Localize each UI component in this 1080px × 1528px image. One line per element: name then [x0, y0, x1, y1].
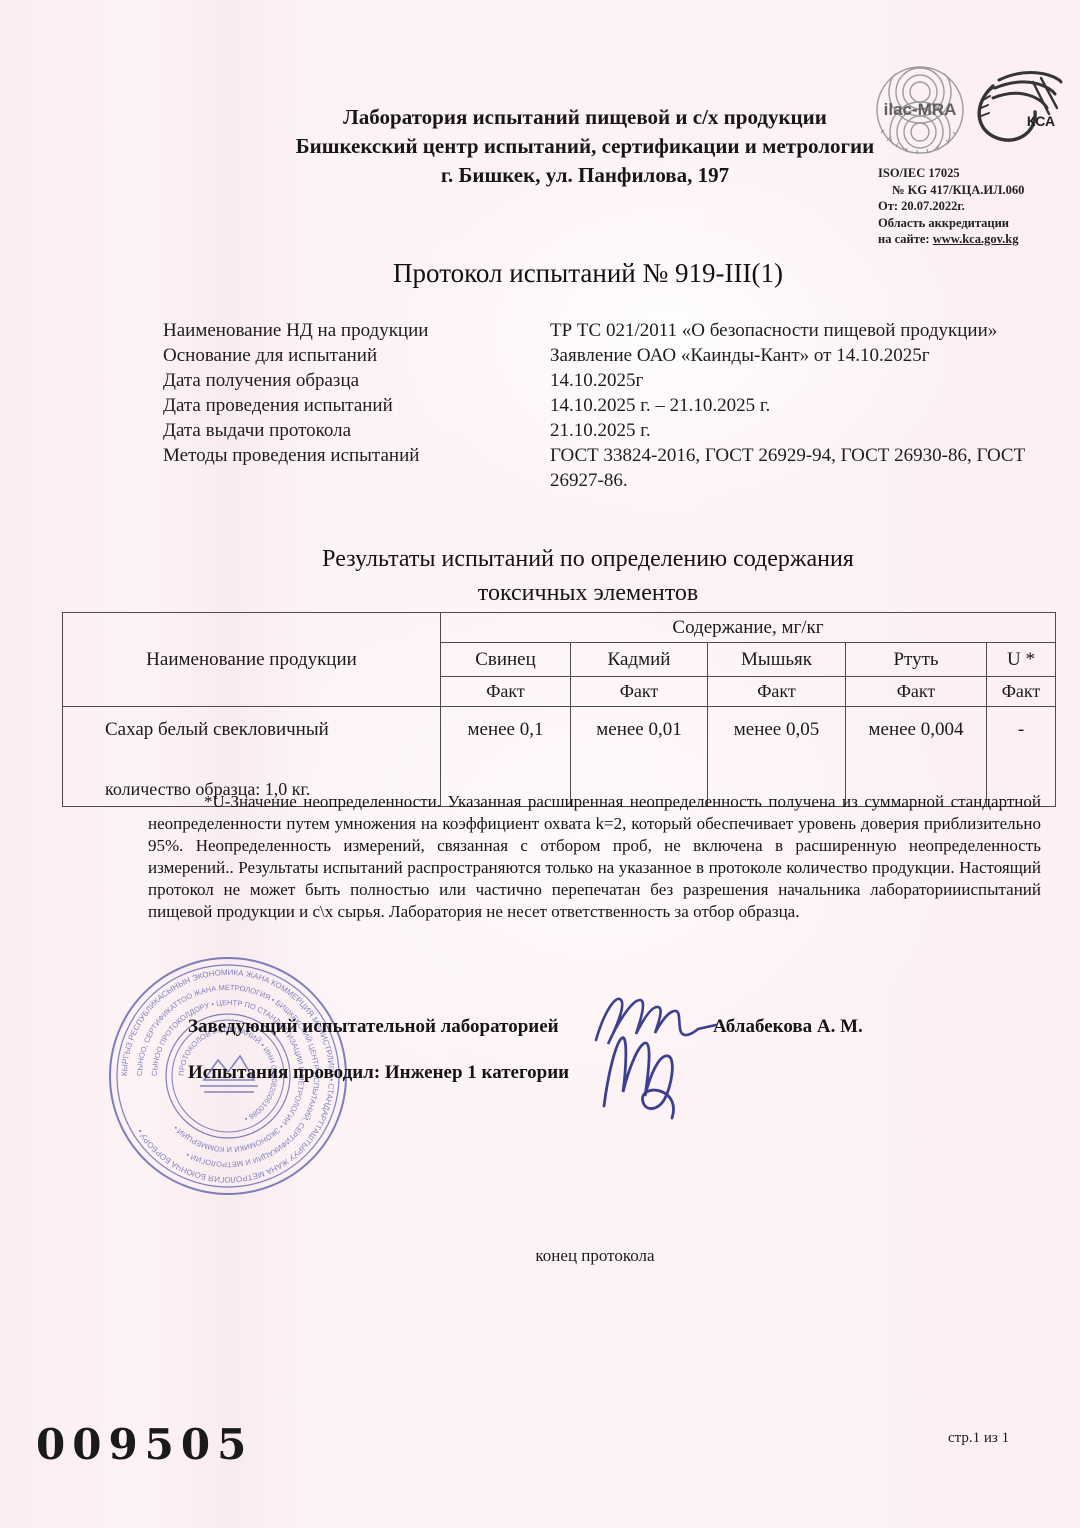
column-header-mercury: Ртуть [846, 643, 987, 677]
column-group-header: Содержание, мг/кг [441, 613, 1056, 643]
field-row: Методы проведения испытаний ГОСТ 33824-2… [163, 443, 1063, 493]
uncertainty-footnote: *U-Значение неопределенности. Указанная … [148, 791, 1041, 923]
fact-subheader: Факт [846, 677, 987, 707]
field-row: Дата выдачи протокола 21.10.2025 г. [163, 418, 1063, 443]
field-value: 14.10.2025г [550, 368, 1063, 393]
column-header-lead: Свинец [441, 643, 571, 677]
field-label: Дата проведения испытаний [163, 393, 550, 418]
tester-label: Испытания проводил: Инженер 1 категории [188, 1062, 569, 1084]
fact-subheader: Факт [708, 677, 846, 707]
kca-label: КСА [1027, 113, 1055, 129]
column-header-arsenic: Мышьяк [708, 643, 846, 677]
lab-name-line2: Бишкекский центр испытаний, сертификации… [296, 134, 875, 159]
accreditation-date: От: 20.07.2022г. [878, 198, 1024, 215]
field-label: Основание для испытаний [163, 343, 550, 368]
accreditation-site-prefix: на сайте: [878, 232, 933, 246]
tester-signature [592, 1026, 702, 1131]
field-label: Дата выдачи протокола [163, 418, 550, 443]
lab-name-line1: Лаборатория испытаний пищевой и с/х прод… [343, 105, 827, 130]
ilac-mra-label: ilac-MRA [884, 100, 957, 119]
fact-subheader: Факт [441, 677, 571, 707]
accreditation-number: № KG 417/КЦА.ИЛ.060 [878, 182, 1024, 199]
accreditation-site-line: на сайте: www.kca.gov.kg [878, 231, 1024, 248]
field-label: Наименование НД на продукции [163, 318, 550, 343]
field-label: Методы проведения испытаний [163, 443, 550, 493]
results-heading-line1: Результаты испытаний по определению соде… [322, 546, 854, 573]
column-header-cadmium: Кадмий [571, 643, 708, 677]
field-value: 14.10.2025 г. – 21.10.2025 г. [550, 393, 1063, 418]
accreditation-standard: ISO/IEC 17025 [878, 165, 1024, 182]
end-of-protocol-text: конец протокола [535, 1246, 654, 1266]
head-of-lab-label: Заведующий испытательной лабораторией [188, 1016, 559, 1038]
field-label: Дата получения образца [163, 368, 550, 393]
scanned-protocol-page: Лаборатория испытаний пищевой и с/х прод… [0, 0, 1080, 1528]
kca-icon: КСА [963, 52, 1067, 162]
accreditation-scope: Область аккредитации [878, 215, 1024, 232]
signature-icon [592, 1026, 702, 1126]
lab-address: г. Бишкек, ул. Панфилова, 197 [441, 163, 729, 188]
field-value: ТР ТС 021/2011 «О безопасности пищевой п… [550, 318, 1063, 343]
results-heading-line2: токсичных элементов [478, 580, 698, 607]
accreditation-block: ISO/IEC 17025 № KG 417/КЦА.ИЛ.060 От: 20… [878, 165, 1024, 248]
ilac-mra-icon: ilac-MRA [872, 62, 968, 158]
field-row: Наименование НД на продукции ТР ТС 021/2… [163, 318, 1063, 343]
column-header-product: Наименование продукции [63, 613, 441, 707]
results-table: Наименование продукции Содержание, мг/кг… [62, 612, 1056, 807]
protocol-fields: Наименование НД на продукции ТР ТС 021/2… [163, 318, 1063, 493]
document-serial-number: 009505 [36, 1420, 253, 1469]
kca-logo: КСА [963, 52, 1067, 167]
fact-subheader: Факт [571, 677, 708, 707]
protocol-title: Протокол испытаний № 919-III(1) [393, 258, 783, 289]
field-row: Дата проведения испытаний 14.10.2025 г. … [163, 393, 1063, 418]
field-value: ГОСТ 33824-2016, ГОСТ 26929-94, ГОСТ 269… [550, 443, 1055, 493]
field-row: Основание для испытаний Заявление ОАО «К… [163, 343, 1063, 368]
ilac-mra-logo: ilac-MRA [872, 62, 968, 163]
fact-subheader: Факт [987, 677, 1056, 707]
field-value: 21.10.2025 г. [550, 418, 1063, 443]
product-name: Сахар белый свекловичный [63, 707, 440, 741]
accreditation-site-link[interactable]: www.kca.gov.kg [933, 232, 1019, 246]
page-number-label: стр.1 из 1 [948, 1430, 1009, 1447]
field-value: Заявление ОАО «Каинды-Кант» от 14.10.202… [550, 343, 1063, 368]
field-row: Дата получения образца 14.10.2025г [163, 368, 1063, 393]
column-header-uncertainty: U * [987, 643, 1056, 677]
